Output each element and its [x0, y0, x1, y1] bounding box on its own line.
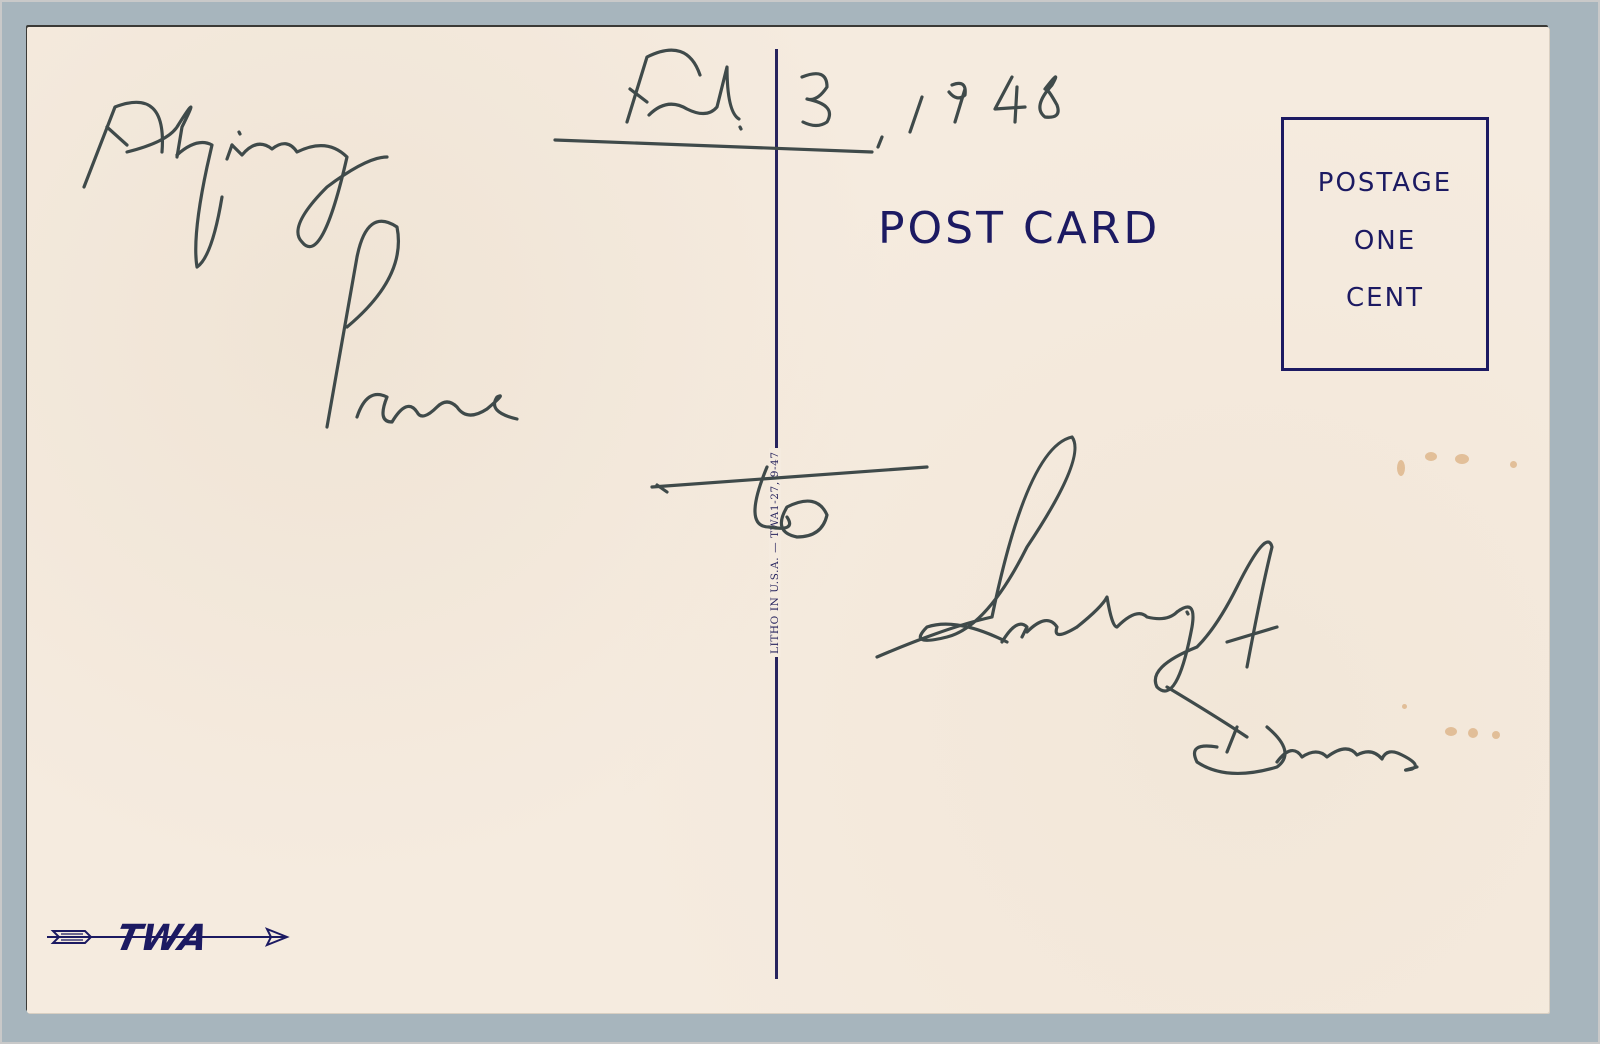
foxing-stain	[1402, 704, 1407, 709]
handwritten-paul	[327, 221, 517, 427]
twa-arrow-logo-icon: TWA	[45, 917, 290, 957]
stamp-box: POSTAGE ONE CENT	[1281, 117, 1489, 371]
foxing-stain	[1397, 460, 1405, 476]
foxing-stain	[1510, 461, 1517, 468]
postcard-title: POST CARD	[878, 203, 1160, 254]
foxing-stain	[1468, 728, 1478, 738]
handwritten-starlight	[877, 437, 1277, 691]
foxing-stain	[1445, 727, 1457, 736]
foxing-stain	[1492, 731, 1500, 739]
handwritten-doris	[1167, 687, 1417, 773]
postcard-back: LITHO IN U.S.A. — TWA1-27, 9-47 POST CAR…	[27, 27, 1549, 1013]
foxing-stain	[1425, 452, 1437, 461]
stamp-text-postage: POSTAGE	[1284, 168, 1486, 198]
twa-logo-text: TWA	[112, 917, 212, 957]
handwritten-flying	[84, 102, 387, 267]
handwritten-date	[555, 50, 1058, 152]
printer-imprint: LITHO IN U.S.A. — TWA1-27, 9-47	[769, 448, 781, 657]
handwritten-to	[652, 467, 927, 537]
stamp-text-cent: CENT	[1284, 283, 1486, 313]
foxing-stain	[1455, 454, 1469, 464]
stamp-text-one: ONE	[1284, 226, 1486, 256]
